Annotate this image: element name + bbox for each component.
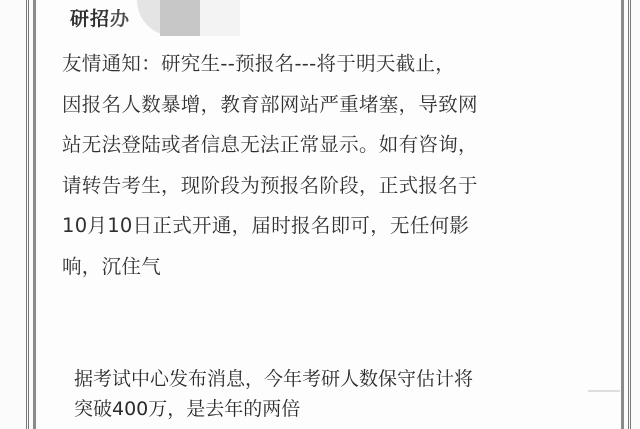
news-line: 据考试中心发布消息，今年考研人数保守估计将 xyxy=(74,364,594,394)
notice-line: 站无法登陆或者信息无法正常显示。如有咨询， xyxy=(62,125,612,166)
redaction-mosaic-block xyxy=(200,0,240,36)
image-artifact xyxy=(588,390,620,392)
redaction-mosaic-block xyxy=(160,0,200,36)
notice-title: 研招办 xyxy=(70,4,130,31)
notice-line: 请转告考生，现阶段为预报名阶段，正式报名于 xyxy=(62,166,612,207)
notice-line: 10月10日正式开通，届时报名即可，无任何影 xyxy=(62,206,612,247)
notice-paragraph: 友情通知：研究生--预报名---将于明天截止， 因报名人数暴增，教育部网站严重堵… xyxy=(62,44,612,287)
title-text: 研招 xyxy=(70,8,110,30)
title-obscured-fragment: 办 xyxy=(110,8,130,30)
news-line: 突破400万，是去年的两倍 xyxy=(74,394,594,424)
notice-line: 因报名人数暴增，教育部网站严重堵塞，导致网 xyxy=(62,85,612,126)
news-paragraph: 据考试中心发布消息，今年考研人数保守估计将 突破400万，是去年的两倍 xyxy=(74,364,594,424)
notice-line: 响，沉住气 xyxy=(62,247,612,288)
notice-line: 友情通知：研究生--预报名---将于明天截止， xyxy=(62,44,612,85)
